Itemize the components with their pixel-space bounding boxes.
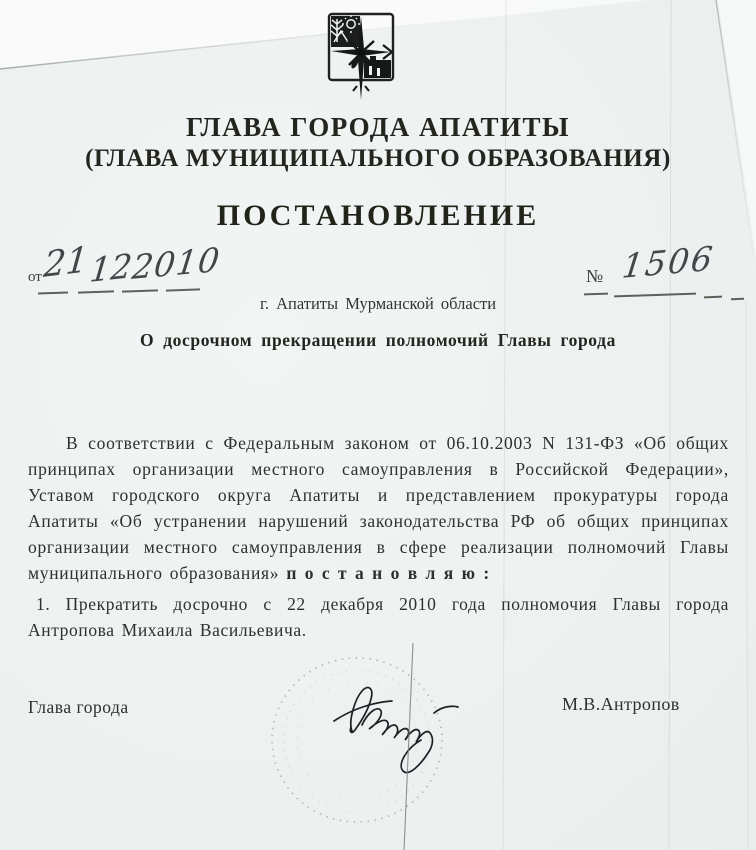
number-label: № bbox=[586, 266, 603, 287]
resolve-word: п о с т а н о в л я ю : bbox=[286, 563, 490, 583]
resolution-item-1: 1. Прекратить досрочно с 22 декабря 2010… bbox=[28, 591, 729, 643]
city-coat-of-arms-icon bbox=[324, 10, 400, 102]
handwritten-date-year: 2010 bbox=[130, 240, 223, 287]
underline-dash bbox=[122, 289, 158, 292]
document-subject: О досрочном прекращении полномочий Главы… bbox=[0, 330, 756, 351]
signer-position: Глава города bbox=[28, 697, 129, 718]
handwritten-number: 1506 bbox=[620, 238, 716, 286]
handwritten-date-month: 12 bbox=[88, 246, 134, 290]
date-label: от bbox=[28, 269, 42, 286]
org-title-line1: ГЛАВА ГОРОДА АПАТИТЫ bbox=[0, 112, 756, 143]
signer-name: М.В.Антропов bbox=[562, 694, 680, 715]
scanned-document-page: ГЛАВА ГОРОДА АПАТИТЫ (ГЛАВА МУНИЦИПАЛЬНО… bbox=[0, 0, 756, 850]
org-title-line2: (ГЛАВА МУНИЦИПАЛЬНОГО ОБРАЗОВАНИЯ) bbox=[0, 145, 756, 173]
document-type-title: ПОСТАНОВЛЕНИЕ bbox=[0, 199, 756, 233]
handwritten-date-day: 21 bbox=[42, 240, 90, 286]
body-paragraph: В соответствии с Федеральным законом от … bbox=[28, 430, 729, 586]
underline-dash bbox=[166, 288, 200, 291]
body-paragraph-text: В соответствии с Федеральным законом от … bbox=[28, 433, 729, 583]
document-content: ГЛАВА ГОРОДА АПАТИТЫ (ГЛАВА МУНИЦИПАЛЬНО… bbox=[0, 0, 756, 850]
place-line: г. Апатиты Мурманской области bbox=[0, 294, 756, 314]
